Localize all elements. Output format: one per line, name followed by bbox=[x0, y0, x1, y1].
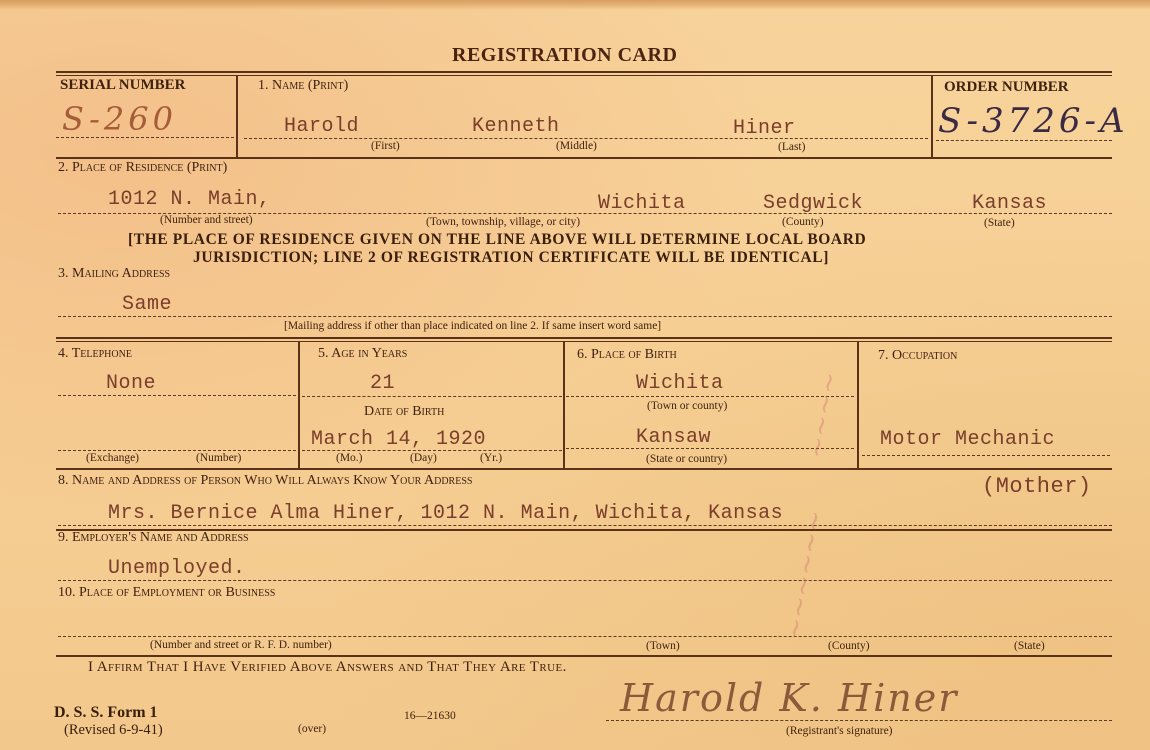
mailing-value: Same bbox=[122, 293, 172, 316]
order-number-line bbox=[936, 140, 1112, 141]
name-middle: Kenneth bbox=[472, 115, 560, 138]
telephone-number-caption: (Number) bbox=[196, 452, 241, 464]
residence-street: 1012 N. Main, bbox=[108, 188, 271, 211]
employer-label: 9. Employer's Name and Address bbox=[58, 530, 249, 546]
residence-state: Kansas bbox=[972, 192, 1047, 215]
affirmation-text: I Affirm That I Have Verified Above Answ… bbox=[88, 659, 567, 676]
name-last-caption: (Last) bbox=[778, 141, 805, 153]
signature-caption: (Registrant's signature) bbox=[786, 725, 893, 737]
order-number-label: ORDER NUMBER bbox=[944, 79, 1069, 96]
top-rule-inner bbox=[56, 75, 1112, 76]
rule bbox=[56, 337, 1112, 339]
rule-inner bbox=[56, 341, 1112, 342]
birthplace-label: 6. Place of Birth bbox=[577, 347, 677, 363]
residence-town-caption: (Town, township, village, or city) bbox=[426, 216, 580, 228]
dob-yr-caption: (Yr.) bbox=[480, 452, 502, 464]
dob-mo-caption: (Mo.) bbox=[336, 452, 363, 464]
name-line bbox=[244, 138, 928, 139]
divider bbox=[236, 76, 238, 158]
employment-place-town-caption: (Town) bbox=[646, 640, 680, 652]
mailing-label: 3. Mailing Address bbox=[58, 266, 170, 282]
over-note: (over) bbox=[298, 723, 326, 735]
rule bbox=[56, 468, 1112, 470]
contact-value: Mrs. Bernice Alma Hiner, 1012 N. Main, W… bbox=[108, 502, 783, 525]
residence-notice-line2: JURISDICTION; LINE 2 OF REGISTRATION CER… bbox=[193, 249, 829, 267]
name-label: 1. Name (Print) bbox=[258, 78, 348, 94]
residence-notice-line1: [THE PLACE OF RESIDENCE GIVEN ON THE LIN… bbox=[128, 231, 866, 249]
occupation-line bbox=[862, 455, 1110, 456]
serial-number-label: SERIAL NUMBER bbox=[60, 77, 185, 94]
registrant-signature: Harold K. Hiner bbox=[620, 676, 958, 720]
name-first-caption: (First) bbox=[371, 140, 400, 152]
dob-value: March 14, 1920 bbox=[311, 428, 486, 451]
print-code: 16—21630 bbox=[404, 710, 456, 722]
dob-line bbox=[302, 450, 562, 451]
signature-line bbox=[606, 720, 1112, 721]
telephone-line bbox=[58, 395, 296, 396]
residence-town: Wichita bbox=[598, 192, 686, 215]
age-line bbox=[302, 396, 562, 397]
birthplace-state-caption: (State or country) bbox=[646, 453, 727, 465]
telephone-number-line bbox=[58, 450, 296, 451]
dob-label: Date of Birth bbox=[364, 404, 444, 420]
telephone-label: 4. Telephone bbox=[58, 346, 132, 362]
employer-line bbox=[58, 580, 1112, 581]
employment-place-street-caption: (Number and street or R. F. D. number) bbox=[150, 639, 332, 651]
age-value: 21 bbox=[370, 372, 395, 395]
form-name: D. S. S. Form 1 bbox=[54, 704, 158, 722]
employment-place-label: 10. Place of Employment or Business bbox=[58, 585, 275, 601]
name-middle-caption: (Middle) bbox=[556, 140, 597, 152]
name-first: Harold bbox=[284, 115, 359, 138]
telephone-exchange-caption: (Exchange) bbox=[86, 452, 139, 464]
contact-relation: (Mother) bbox=[982, 474, 1092, 499]
residence-label: 2. Place of Residence (Print) bbox=[58, 160, 227, 176]
serial-number-value: S-260 bbox=[62, 100, 177, 138]
mailing-line bbox=[58, 316, 1112, 317]
form-revised: (Revised 6-9-41) bbox=[64, 722, 163, 739]
mailing-caption: [Mailing address if other than place ind… bbox=[284, 320, 661, 332]
employment-place-state-caption: (State) bbox=[1014, 640, 1045, 652]
name-last: Hiner bbox=[733, 117, 796, 140]
divider bbox=[298, 342, 300, 468]
divider bbox=[563, 342, 565, 468]
occupation-label: 7. Occupation bbox=[878, 348, 957, 364]
age-label: 5. Age in Years bbox=[318, 346, 407, 362]
employment-place-county-caption: (County) bbox=[828, 640, 870, 652]
card-title: REGISTRATION CARD bbox=[452, 44, 677, 67]
birthplace-town-caption: (Town or county) bbox=[647, 400, 727, 412]
birthplace-town: Wichita bbox=[636, 372, 724, 395]
order-number-value: S-3726-A bbox=[938, 101, 1129, 141]
dob-day-caption: (Day) bbox=[410, 452, 437, 464]
card-top-edge bbox=[0, 0, 1150, 10]
residence-state-caption: (State) bbox=[984, 217, 1015, 229]
telephone-value: None bbox=[106, 372, 156, 395]
occupation-value: Motor Mechanic bbox=[880, 428, 1055, 451]
rule bbox=[56, 655, 1112, 657]
rule bbox=[56, 157, 1112, 159]
contact-label: 8. Name and Address of Person Who Will A… bbox=[58, 473, 472, 489]
top-rule bbox=[56, 71, 1112, 73]
employer-value: Unemployed. bbox=[108, 557, 246, 580]
birthplace-state: Kansaw bbox=[636, 426, 711, 449]
faint-stamp-mark: ~~~~ bbox=[801, 369, 846, 460]
employment-place-line bbox=[58, 636, 1112, 637]
registration-card: REGISTRATION CARD SERIAL NUMBER S-260 1.… bbox=[0, 0, 1150, 750]
residence-street-caption: (Number and street) bbox=[160, 214, 253, 226]
divider bbox=[931, 76, 933, 158]
residence-county: Sedgwick bbox=[763, 192, 863, 215]
divider bbox=[857, 342, 859, 468]
residence-county-caption: (County) bbox=[782, 216, 824, 228]
contact-line bbox=[58, 525, 1112, 526]
serial-number-line bbox=[56, 137, 234, 138]
